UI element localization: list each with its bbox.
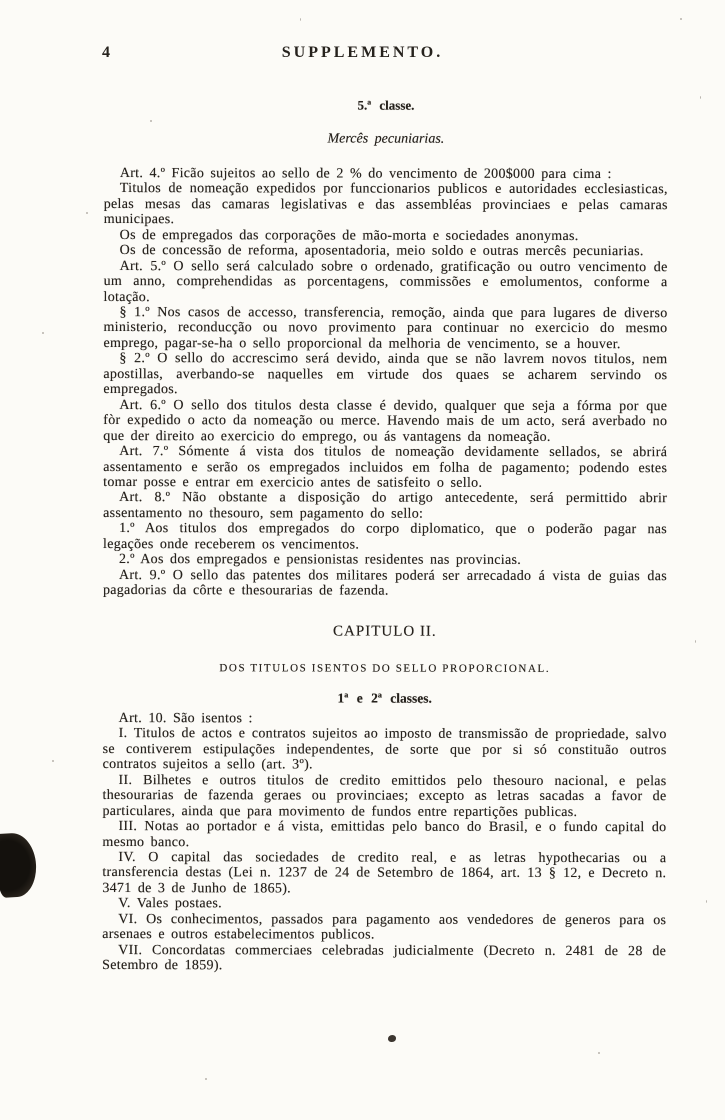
class-heading: 5.ª classe. [104,97,668,114]
art-5-paragraph: Art. 5.º O sello será calculado sobre o … [104,259,668,307]
scan-speck [680,18,682,20]
art-7-paragraph: Art. 7.º Sómente á vista dos titulos de … [103,444,667,492]
item-ii-paragraph: II. Bilhetes e outros titulos de credito… [102,773,666,821]
document-body: 5.ª classe.Mercês pecuniarias.Art. 4.º F… [102,88,668,975]
art-8-item-1-paragraph: 1.º Aos titulos dos empregados do corpo … [103,521,667,553]
scan-speck [700,96,701,99]
art-9-paragraph: Art. 9.º O sello das patentes dos milita… [103,568,667,600]
classes-heading: 1ª e 2ª classes. [103,689,667,706]
art-6-paragraph: Art. 6.º O sello dos titulos desta class… [103,398,667,446]
item-v-paragraph: V. Vales postaes. [102,896,666,913]
art-5-s1-paragraph: § 1.º Nos casos de accesso, transferenci… [103,305,667,353]
ink-smudge [388,1035,396,1042]
art-5-s2-paragraph: § 2.º O sello do accrescimo será devido,… [103,351,667,399]
item-iii-paragraph: III. Notas ao portador e á vista, emitti… [102,819,666,851]
section-heading: Mercês pecuniarias. [104,131,668,148]
scanned-document-page: 4 SUPPLEMENTO. 5.ª classe.Mercês pecunia… [0,0,725,1120]
titulos-nomeacao-paragraph: Titulos de nomeação expedidos por funcci… [104,181,668,229]
art-8-item-2-paragraph: 2.º Aos dos empregados e pensionistas re… [103,552,667,569]
scan-speck [86,212,88,214]
scan-speck [300,18,301,21]
item-i-paragraph: I. Titulos de actos e contratos sujeitos… [103,726,667,774]
chapter-subheading: DOS TITULOS ISENTOS DO SELLO PROPORCIONA… [103,661,667,678]
chapter-heading: CAPITULO II. [103,624,667,641]
scan-speck [42,332,44,334]
item-iv-paragraph: IV. O capital das sociedades de credito … [102,850,666,898]
scan-speck [706,900,707,903]
empregados-corporacoes-paragraph: Os de empregados das corporações de mão-… [104,228,668,245]
ink-blot [0,832,38,898]
item-vi-paragraph: VI. Os conhecimentos, passados para paga… [102,912,666,944]
scan-speck [598,1052,600,1054]
concessao-reforma-paragraph: Os de concessão de reforma, aposentadori… [104,243,668,260]
art-8-paragraph: Art. 8.º Não obstante a disposição do ar… [103,490,667,522]
scan-speck [695,640,696,643]
scan-speck [150,120,152,122]
scan-speck [52,760,54,762]
scan-speck [205,1078,207,1080]
scan-speck [420,702,422,704]
art-10-paragraph: Art. 10. São isentos : [103,711,667,728]
art-4-paragraph: Art. 4.º Ficão sujeitos ao sello de 2 % … [104,166,668,183]
item-vii-paragraph: VII. Concordatas commerciaes celebradas … [102,943,666,975]
page-title: SUPPLEMENTO. [0,44,725,62]
